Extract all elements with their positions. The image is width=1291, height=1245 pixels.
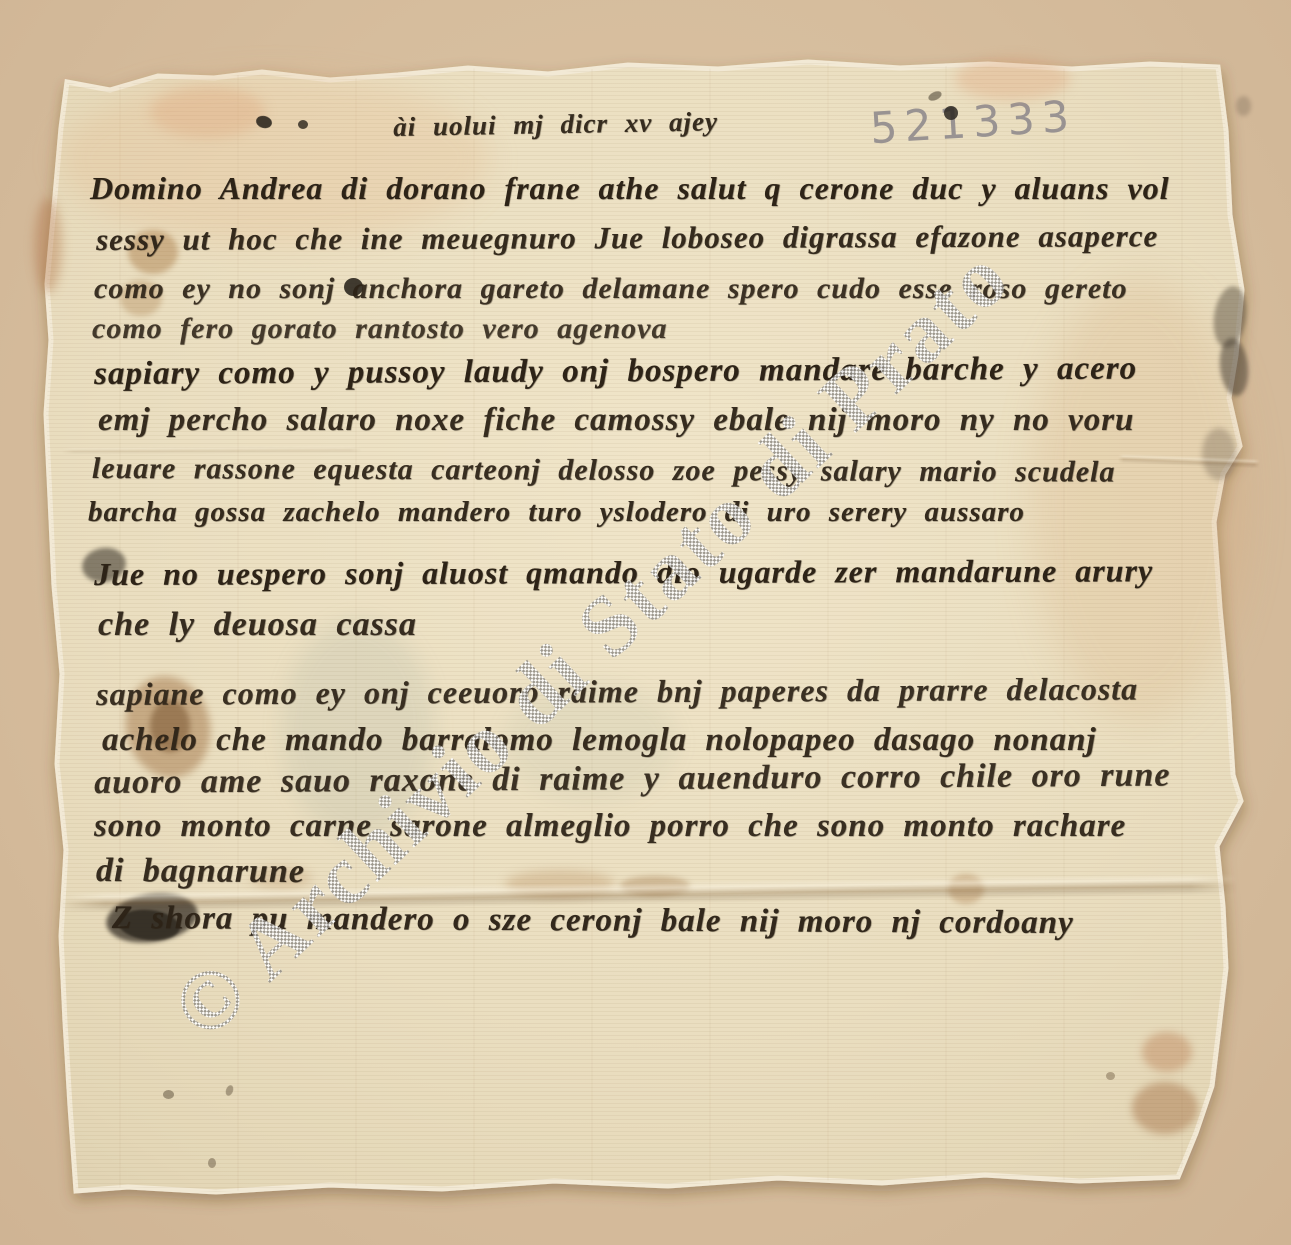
manuscript-scan: 521333 ài uolui mj dicr xv ajeyDomino An…	[0, 0, 1291, 1245]
